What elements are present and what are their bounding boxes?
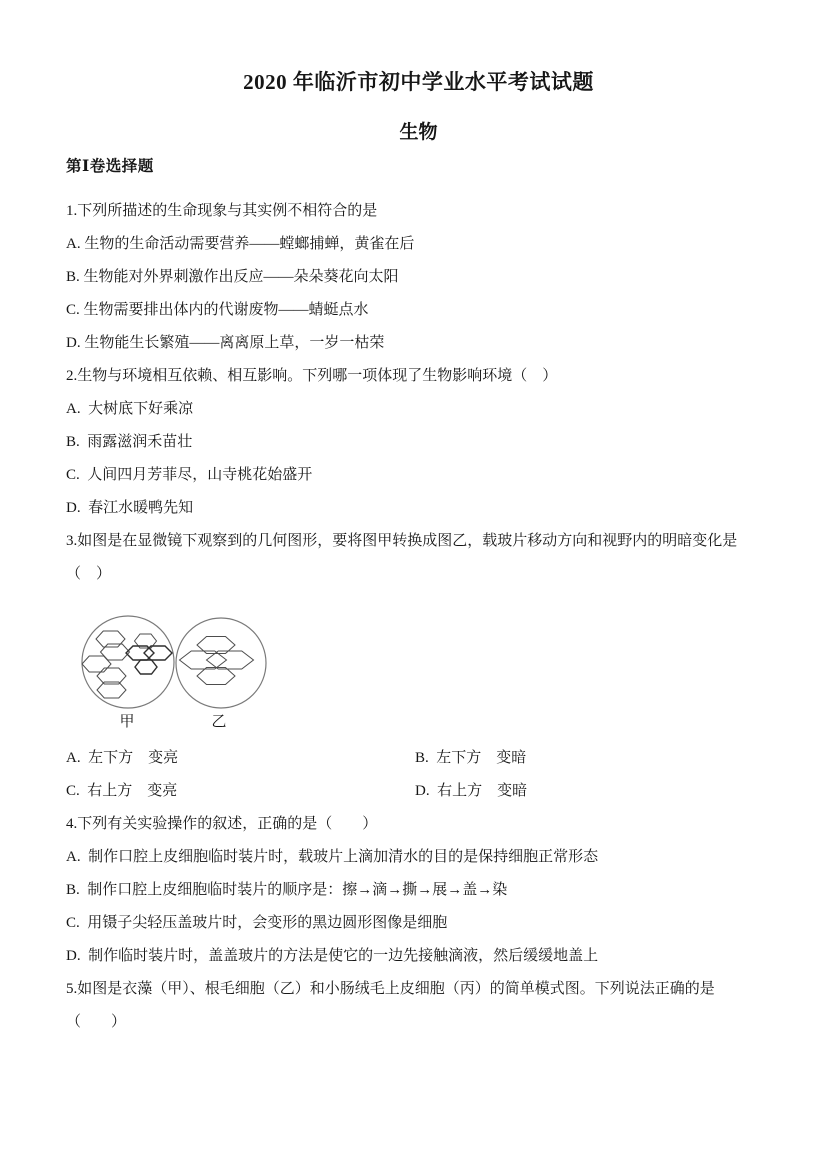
- q3-option-row-2: C. 右上方 变亮 D. 右上方 变暗: [66, 783, 771, 799]
- q2-option-b: B. 雨露滋润禾苗壮: [66, 434, 771, 450]
- q2-option-a: A. 大树底下好乘凉: [66, 401, 771, 417]
- q2-option-d: D. 春江水暖鸭先知: [66, 500, 771, 516]
- q3-option-b: B. 左下方 变暗: [415, 750, 526, 766]
- q1-option-c: C. 生物需要排出体内的代谢废物——蜻蜓点水: [66, 302, 771, 318]
- document-page: 2020 年临沂市初中学业水平考试试题 生物 第Ⅰ卷选择题 1.下列所描述的生命…: [0, 0, 827, 1169]
- microscope-fields-figure: 甲 乙: [78, 610, 771, 732]
- section-header: 第Ⅰ卷选择题: [66, 159, 771, 175]
- q1-stem: 1.下列所描述的生命现象与其实例不相符合的是: [66, 203, 771, 219]
- q2-stem: 2.生物与环境相互依赖、相互影响。下列哪一项体现了生物影响环境（ ）: [66, 368, 771, 384]
- microscope-fields-svg: 甲 乙: [78, 610, 308, 732]
- doc-subtitle: 生物: [66, 123, 771, 142]
- q5-stem: 5.如图是衣藻（甲）、根毛细胞（乙）和小肠绒毛上皮细胞（丙）的简单模式图。下列说…: [66, 981, 771, 997]
- figure-label-jia: 甲: [119, 713, 134, 730]
- q1-option-d: D. 生物能生长繁殖——离离原上草，一岁一枯荣: [66, 335, 771, 351]
- q1-option-b: B. 生物能对外界刺激作出反应——朵朵葵花向太阳: [66, 269, 771, 285]
- q2-option-c: C. 人间四月芳菲尽，山寺桃花始盛开: [66, 467, 771, 483]
- q4-option-a: A. 制作口腔上皮细胞临时装片时，载玻片上滴加清水的目的是保持细胞正常形态: [66, 849, 771, 865]
- q3-option-a: A. 左下方 变亮: [66, 750, 415, 766]
- q3-stem: 3.如图是在显微镜下观察到的几何图形，要将图甲转换成图乙，载玻片移动方向和视野内…: [66, 533, 771, 549]
- q4-option-d: D. 制作临时装片时，盖盖玻片的方法是使它的一边先接触滴液，然后缓缓地盖上: [66, 948, 771, 964]
- q3-stem-continued: （ ）: [66, 566, 771, 582]
- q3-option-c: C. 右上方 变亮: [66, 783, 415, 799]
- doc-title: 2020 年临沂市初中学业水平考试试题: [66, 70, 771, 94]
- field-of-view-yi: [176, 618, 266, 708]
- q4-stem: 4.下列有关实验操作的叙述，正确的是（ ）: [66, 816, 771, 832]
- q3-option-row-1: A. 左下方 变亮 B. 左下方 变暗: [66, 750, 771, 766]
- q4-option-b: B. 制作口腔上皮细胞临时装片的顺序是：擦→滴→撕→展→盖→染: [66, 882, 771, 898]
- q5-stem-continued: （ ）: [66, 1014, 771, 1030]
- q1-option-a: A. 生物的生命活动需要营养——螳螂捕蝉，黄雀在后: [66, 236, 771, 252]
- q3-option-d: D. 右上方 变暗: [415, 783, 527, 799]
- figure-label-yi: 乙: [211, 714, 226, 730]
- q4-option-c: C. 用镊子尖轻压盖玻片时，会变形的黑边圆形图像是细胞: [66, 915, 771, 931]
- field-of-view-jia: [82, 616, 174, 708]
